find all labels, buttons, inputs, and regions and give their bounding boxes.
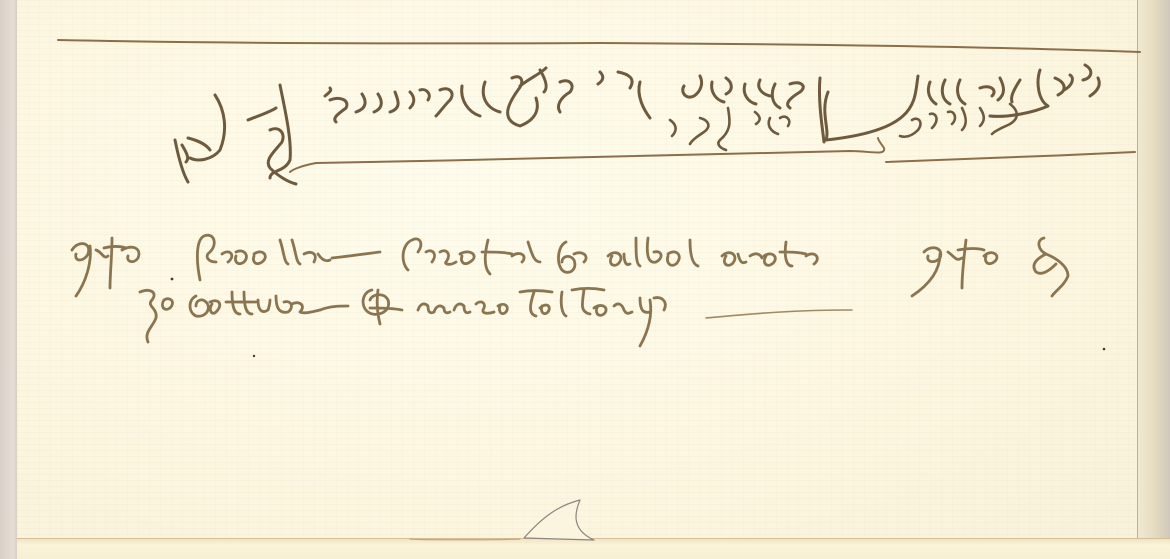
hebrew-line-1-strokes — [325, 65, 1099, 142]
italian-line-1-strokes — [72, 235, 1068, 296]
paper-specks — [171, 278, 1106, 358]
ink-layer — [0, 0, 1170, 559]
italian-line-2-strokes — [140, 289, 852, 347]
paper-tear — [410, 500, 594, 540]
hebrew-line-2-strokes — [670, 104, 1017, 150]
hebrew-bracket-strokes — [175, 85, 296, 184]
